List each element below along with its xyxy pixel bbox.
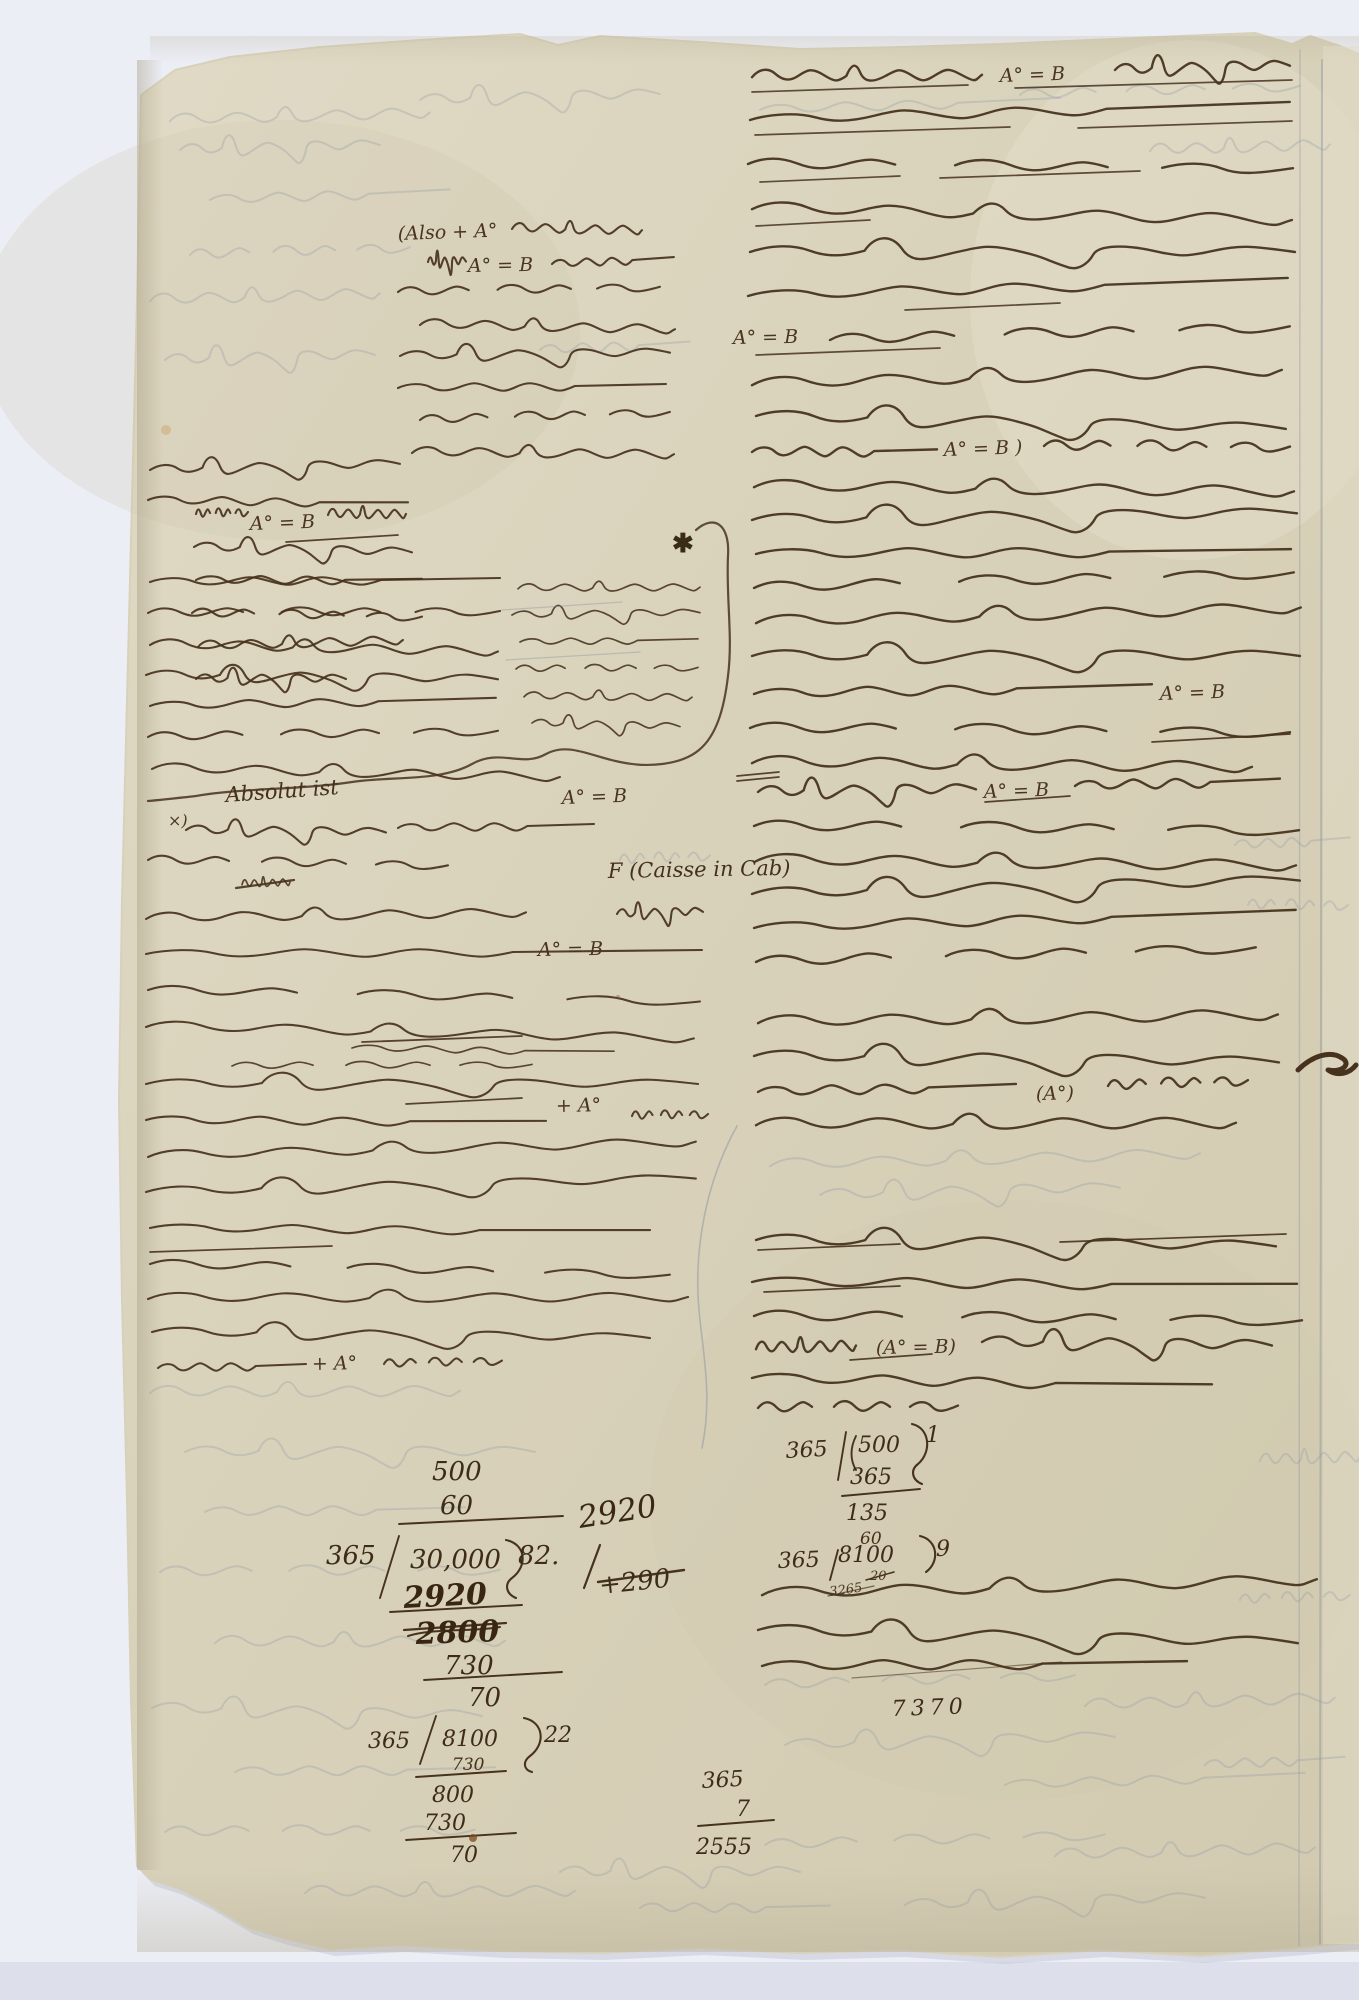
quotient-9: 9 <box>936 1537 950 1562</box>
ink-stain <box>469 1834 477 1842</box>
work-730: 730 <box>444 1651 494 1681</box>
scanner-strip <box>0 1962 1359 2000</box>
work-730: 730 <box>424 1811 466 1836</box>
fragment-caisse: F (Caisse in Cab) <box>607 856 791 883</box>
remainder-135: 135 <box>846 1501 888 1526</box>
remainder-70: 70 <box>450 1843 478 1868</box>
quotient-82: 82. <box>518 1541 559 1571</box>
right-crease-band <box>1323 46 1359 1944</box>
ink-speck <box>616 995 620 999</box>
paper-blotch <box>650 1200 1359 1800</box>
paper-stain <box>161 425 171 435</box>
edge-shadow-top <box>150 36 1359 64</box>
work-2920: 2920 <box>402 1577 488 1616</box>
star-mark: ✱ <box>672 529 694 559</box>
fragment-plus-a: + A° <box>312 1352 358 1375</box>
footnote-mark: ×) <box>168 811 188 830</box>
fragment-plus-a: + A° <box>556 1094 602 1117</box>
fragment-a-eq-b: A° = B <box>997 63 1065 87</box>
quotient-1: 1 <box>926 1423 940 1448</box>
dividend-8100: 8100 <box>442 1727 498 1752</box>
divisor-365: 365 <box>368 1729 410 1754</box>
subtract-365: 365 <box>850 1465 892 1490</box>
remainder-70: 70 <box>468 1683 501 1713</box>
addend-60: 60 <box>440 1491 473 1521</box>
quotient-22: 22 <box>543 1723 572 1748</box>
fragment-a-eq-b: A° = B <box>731 326 799 349</box>
fragment-a-eq-b: A° = B <box>466 254 534 277</box>
fragment-a-eq-b: A° = B <box>981 779 1049 803</box>
edge-shadow-left <box>137 60 163 1870</box>
sum-total-7370: 7370 <box>891 1694 968 1722</box>
multiplicand-365: 365 <box>701 1767 744 1794</box>
partial-730: 730 <box>452 1755 485 1775</box>
fragment-a-paren: (A°) <box>1036 1082 1074 1105</box>
work-800: 800 <box>432 1783 474 1808</box>
struck-20: 20 <box>869 1569 887 1584</box>
manuscript-svg: (Also + A° A° = B A° = B ✱ Absolut ist A… <box>0 0 1359 2000</box>
product-2555: 2555 <box>695 1835 752 1860</box>
fragment-a-eq-b: A° = B <box>1157 681 1225 705</box>
divisor-365: 365 <box>326 1541 376 1571</box>
right-crease-line-2 <box>1299 50 1300 1946</box>
fragment-a-eq-b-paren: A° = B ) <box>941 436 1022 461</box>
divisor-365: 365 <box>777 1548 820 1574</box>
dividend-30000: 30,000 <box>410 1545 501 1575</box>
fragment-a-eq-b-parens: (A° = B) <box>876 1336 956 1359</box>
work-2800-struck: 2800 <box>414 1614 500 1652</box>
divisor-365: 365 <box>785 1437 828 1464</box>
dividend-8100: 8100 <box>838 1543 894 1568</box>
multiplier-7: 7 <box>736 1797 750 1822</box>
addend-500: 500 <box>432 1457 482 1487</box>
fragment-also-plus-a: (Also + A° <box>397 220 497 245</box>
paper-blotch <box>0 120 580 540</box>
fragment-a-eq-b: A° = B <box>536 938 604 961</box>
fragment-a-eq-b: A° = B <box>559 785 627 809</box>
manuscript-scan: (Also + A° A° = B A° = B ✱ Absolut ist A… <box>0 0 1359 2000</box>
fragment-a-eq-b: A° = B <box>247 511 315 535</box>
dividend-500: 500 <box>858 1433 900 1458</box>
